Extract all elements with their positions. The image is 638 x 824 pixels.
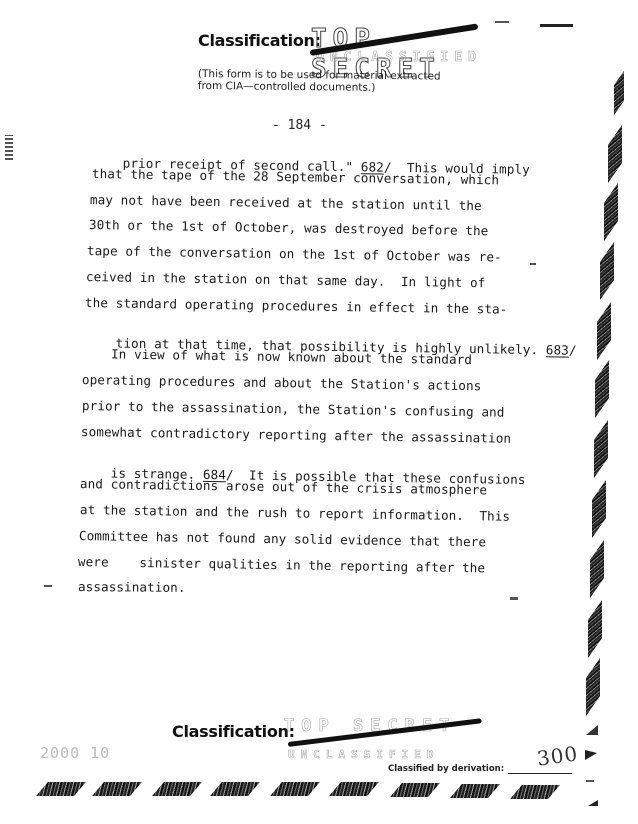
classified-by-blank bbox=[508, 773, 572, 774]
security-stripe bbox=[595, 360, 609, 418]
security-stripe bbox=[450, 784, 500, 798]
body-line: somewhat contradictory reporting after t… bbox=[81, 424, 511, 446]
body-line: at the station and the rush to report in… bbox=[80, 502, 510, 524]
scan-mark bbox=[586, 780, 594, 782]
security-stripe bbox=[588, 600, 602, 658]
classification-label: Classification: bbox=[172, 722, 295, 741]
body-line: the standard operating procedures in eff… bbox=[85, 295, 508, 317]
classification-label: Classification: bbox=[198, 31, 321, 50]
security-stripe bbox=[590, 540, 604, 598]
form-note: (This form is to be used for material ex… bbox=[198, 68, 478, 95]
security-stripe bbox=[608, 125, 622, 183]
header-classification: Classification: TOP SECRET UNCLASSIFIED bbox=[198, 24, 498, 74]
body-line: were sinister qualities in the reporting… bbox=[78, 554, 485, 575]
scan-mark bbox=[585, 750, 597, 760]
classification-stamp-sub: UNCLASSIFIED bbox=[316, 50, 482, 65]
classified-by-derivation: Classified by derivation: bbox=[388, 764, 572, 774]
security-stripe bbox=[210, 782, 260, 796]
footnote-ref-683: 683 bbox=[546, 342, 569, 357]
security-stripe bbox=[152, 782, 202, 796]
body-line: ceived in the station on that same day. … bbox=[86, 269, 486, 290]
security-stripe bbox=[270, 782, 320, 796]
security-stripe bbox=[586, 658, 600, 716]
scan-mark bbox=[510, 597, 518, 600]
scan-mark bbox=[44, 585, 52, 587]
page-number: - 184 - bbox=[272, 118, 327, 133]
faint-date-stamp: 2000 10 bbox=[40, 744, 110, 762]
scan-mark bbox=[5, 135, 13, 160]
scan-mark bbox=[586, 725, 598, 735]
body-line: prior to the assassination, the Station'… bbox=[82, 398, 505, 420]
security-stripe bbox=[329, 782, 379, 796]
security-stripe bbox=[600, 242, 614, 300]
body-line: Committee has not found any solid eviden… bbox=[79, 528, 486, 549]
scan-mark bbox=[495, 21, 509, 23]
security-stripe bbox=[592, 480, 606, 538]
body-line: assassination. bbox=[78, 579, 186, 595]
security-stripe bbox=[604, 183, 618, 241]
scan-mark bbox=[530, 263, 536, 265]
classified-by-label: Classified by derivation: bbox=[388, 764, 504, 774]
security-stripe bbox=[36, 782, 86, 796]
security-stripe bbox=[614, 71, 624, 115]
scan-mark bbox=[540, 24, 573, 27]
scan-mark bbox=[588, 800, 598, 806]
body-line: operating procedures and about the Stati… bbox=[82, 372, 482, 393]
body-line: tape of the conversation on the 1st of O… bbox=[87, 243, 502, 265]
security-stripe bbox=[510, 785, 560, 799]
security-stripe bbox=[597, 302, 611, 360]
security-stripe bbox=[390, 783, 440, 797]
security-stripe bbox=[594, 420, 608, 478]
body-line: may not have been received at the statio… bbox=[90, 192, 482, 213]
security-stripe bbox=[92, 782, 142, 796]
body-line: 30th or the 1st of October, was destroye… bbox=[89, 217, 489, 238]
classification-stamp-sub: UNCLASSIFIED bbox=[288, 748, 439, 761]
